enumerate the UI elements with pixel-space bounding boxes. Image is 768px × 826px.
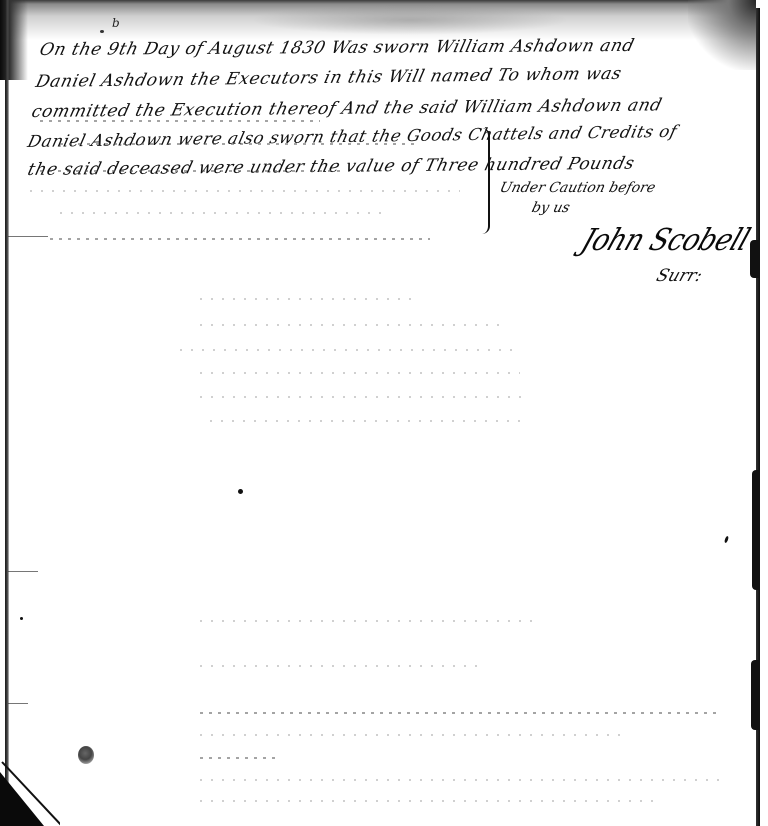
ink-speck: [238, 489, 243, 494]
left-page-edge: [5, 0, 9, 790]
bleed-through-trace: [60, 143, 420, 145]
bleed-through-trace: [200, 757, 280, 759]
paper-stain: [78, 746, 94, 764]
bleed-through-trace: [200, 779, 720, 781]
right-edge-blot: [750, 240, 760, 278]
bleed-through-trace: [60, 212, 390, 214]
bleed-through-trace: [200, 800, 660, 802]
surrogate-signature: John Scobell: [577, 223, 754, 258]
fold-line: [8, 236, 48, 237]
document-line-4: Daniel Ashdown were also sworn that the …: [26, 122, 679, 151]
document-line-2: Daniel Ashdown the Executors in this Wil…: [34, 64, 624, 92]
bleed-through-trace: [40, 120, 320, 122]
top-smudge: [250, 5, 570, 35]
bleed-through-trace: [180, 349, 520, 351]
scanned-document-page: b On the 9th Day of August 1830 Was swor…: [0, 0, 768, 826]
bleed-through-trace: [50, 238, 430, 240]
bleed-through-trace: [200, 665, 480, 667]
fold-line: [8, 703, 28, 704]
bleed-through-trace: [30, 190, 460, 192]
bleed-through-trace: [200, 712, 720, 714]
surrogate-title: Surr:: [654, 266, 705, 286]
document-line-1: On the 9th Day of August 1830 Was sworn …: [38, 36, 637, 60]
ink-speck: [724, 536, 729, 544]
bleed-through-trace: [200, 324, 500, 326]
fold-line: [8, 571, 38, 572]
oath-line-2: by us: [530, 200, 572, 216]
bleed-through-trace: [40, 170, 340, 172]
right-edge-blot: [752, 470, 760, 590]
bleed-through-trace: [210, 420, 520, 422]
ink-speck: [550, 48, 553, 51]
bleed-through-trace: [200, 372, 520, 374]
top-right-corner-shadow: [688, 0, 758, 70]
document-line-5: the said deceased were under the value o…: [26, 154, 637, 180]
folded-corner: [0, 760, 60, 826]
bleed-through-trace: [200, 298, 420, 300]
right-edge-blot: [751, 660, 760, 730]
bleed-through-trace: [200, 620, 540, 622]
bracket-mark: [480, 128, 490, 234]
corner-annotation: b: [112, 16, 120, 30]
oath-line-1: Under Caution before: [498, 180, 657, 196]
bleed-through-trace: [200, 396, 530, 398]
bleed-through-trace: [200, 734, 620, 736]
document-line-3: committed the Execution thereof And the …: [30, 95, 665, 122]
ink-speck: [20, 617, 23, 620]
ink-dot: [100, 30, 104, 33]
